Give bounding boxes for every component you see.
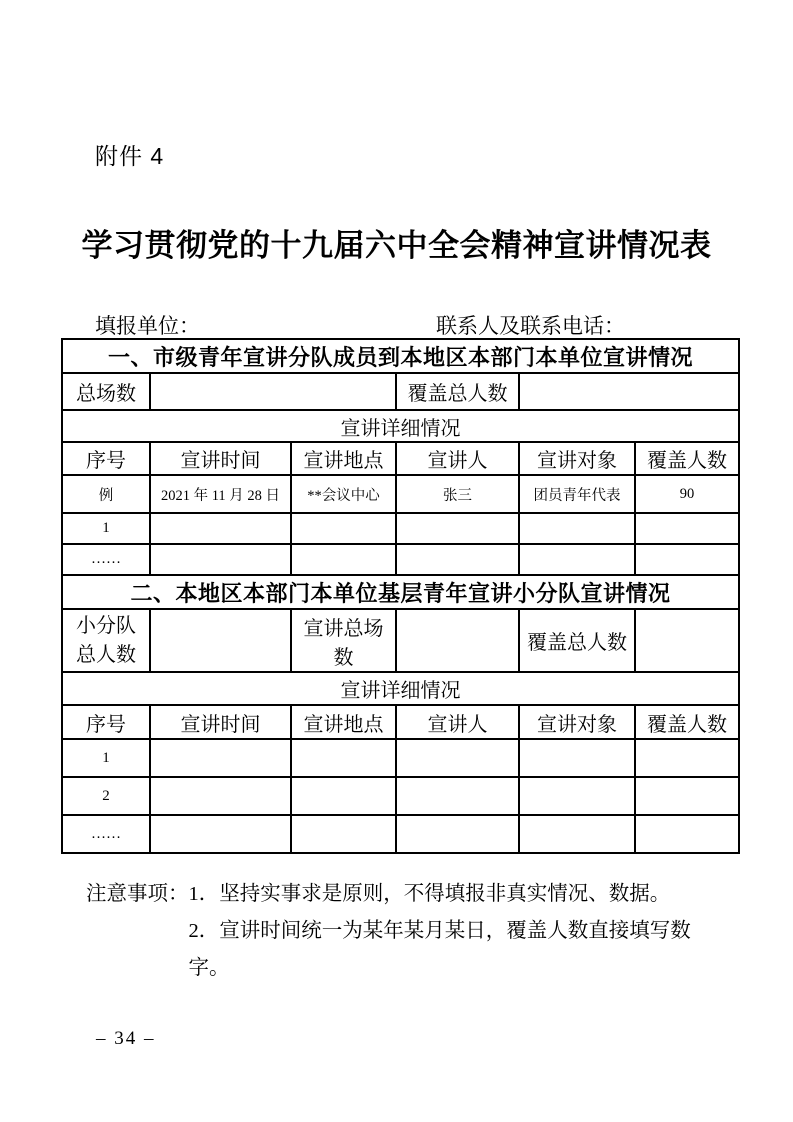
cell-audience <box>519 777 635 815</box>
section1-detail-title-row: 宣讲详细情况 <box>62 410 739 442</box>
col-header-audience: 宣讲对象 <box>519 442 635 475</box>
total-covered-value-cell <box>519 373 739 410</box>
cell-covered <box>635 815 739 853</box>
cell-serial: 2 <box>62 777 150 815</box>
cell-speaker <box>396 544 519 575</box>
notes: 注意事项： 1．坚持实事求是原则，不得填报非真实情况、数据。 2．宣讲时间统一为… <box>86 876 726 987</box>
section1-title: 一、市级青年宣讲分队成员到本地区本部门本单位宣讲情况 <box>62 339 739 373</box>
col-header-audience: 宣讲对象 <box>519 705 635 739</box>
cell-speaker <box>396 513 519 544</box>
team-total-label: 小分队 总人数 <box>62 609 150 672</box>
col-header-speaker: 宣讲人 <box>396 442 519 475</box>
col-header-time: 宣讲时间 <box>150 442 291 475</box>
section1-row-ellipsis: …… <box>62 544 739 575</box>
section2-title-row: 二、本地区本部门本单位基层青年宣讲小分队宣讲情况 <box>62 575 739 609</box>
section1-totals-row: 总场数 覆盖总人数 <box>62 373 739 410</box>
note-item-1: 1．坚持实事求是原则，不得填报非真实情况、数据。 <box>189 876 727 913</box>
cell-audience <box>519 815 635 853</box>
total-covered-label: 覆盖总人数 <box>396 373 519 410</box>
cell-speaker <box>396 777 519 815</box>
cell-covered <box>635 544 739 575</box>
col-header-covered: 覆盖人数 <box>635 442 739 475</box>
cell-time: 2021 年 11 月 28 日 <box>150 475 291 513</box>
team-sessions-value-cell <box>396 609 519 672</box>
cell-audience: 团员青年代表 <box>519 475 635 513</box>
cell-audience <box>519 513 635 544</box>
team-total-value-cell <box>150 609 291 672</box>
section2-detail-title: 宣讲详细情况 <box>62 672 739 705</box>
notes-label: 注意事项： <box>86 876 189 987</box>
cell-serial: 例 <box>62 475 150 513</box>
section2-row-1: 1 <box>62 739 739 777</box>
col-header-place: 宣讲地点 <box>291 442 396 475</box>
cell-time <box>150 544 291 575</box>
total-sessions-value-cell <box>150 373 396 410</box>
cell-time <box>150 815 291 853</box>
total-sessions-label: 总场数 <box>62 373 150 410</box>
cell-place <box>291 739 396 777</box>
col-header-speaker: 宣讲人 <box>396 705 519 739</box>
cell-place <box>291 513 396 544</box>
section1-title-row: 一、市级青年宣讲分队成员到本地区本部门本单位宣讲情况 <box>62 339 739 373</box>
attachment-label: 附件 4 <box>95 138 164 171</box>
cell-place <box>291 544 396 575</box>
notes-items: 1．坚持实事求是原则，不得填报非真实情况、数据。 2．宣讲时间统一为某年某月某日… <box>189 876 727 987</box>
section1-example-row: 例 2021 年 11 月 28 日 **会议中心 张三 团员青年代表 90 <box>62 475 739 513</box>
document-title: 学习贯彻党的十九届六中全会精神宣讲情况表 <box>0 220 793 265</box>
col-header-place: 宣讲地点 <box>291 705 396 739</box>
note-item-2: 2．宣讲时间统一为某年某月某日，覆盖人数直接填写数字。 <box>189 913 727 987</box>
cell-speaker <box>396 815 519 853</box>
cell-time <box>150 513 291 544</box>
page-number: – 34 – <box>96 1028 156 1050</box>
section2-row-2: 2 <box>62 777 739 815</box>
section2-totals-row: 小分队 总人数 宣讲总场数 覆盖总人数 <box>62 609 739 672</box>
document-page: 附件 4 学习贯彻党的十九届六中全会精神宣讲情况表 填报单位： 联系人及联系电话… <box>0 0 793 1122</box>
cell-serial: …… <box>62 815 150 853</box>
cell-place <box>291 777 396 815</box>
cell-serial: 1 <box>62 513 150 544</box>
report-form-table: 一、市级青年宣讲分队成员到本地区本部门本单位宣讲情况 总场数 覆盖总人数 宣讲详… <box>61 338 740 854</box>
section2-header-row: 序号 宣讲时间 宣讲地点 宣讲人 宣讲对象 覆盖人数 <box>62 705 739 739</box>
cell-speaker <box>396 739 519 777</box>
cell-place: **会议中心 <box>291 475 396 513</box>
contact-label: 联系人及联系电话： <box>436 310 625 340</box>
report-unit-label: 填报单位： <box>95 310 200 340</box>
col-header-serial: 序号 <box>62 442 150 475</box>
team-covered-value-cell <box>635 609 739 672</box>
team-sessions-label: 宣讲总场数 <box>291 609 396 672</box>
section1-header-row: 序号 宣讲时间 宣讲地点 宣讲人 宣讲对象 覆盖人数 <box>62 442 739 475</box>
cell-time <box>150 777 291 815</box>
cell-speaker: 张三 <box>396 475 519 513</box>
cell-covered <box>635 777 739 815</box>
col-header-serial: 序号 <box>62 705 150 739</box>
section2-detail-title-row: 宣讲详细情况 <box>62 672 739 705</box>
col-header-time: 宣讲时间 <box>150 705 291 739</box>
cell-serial: …… <box>62 544 150 575</box>
cell-covered <box>635 739 739 777</box>
section2-row-ellipsis: …… <box>62 815 739 853</box>
cell-covered: 90 <box>635 475 739 513</box>
cell-covered <box>635 513 739 544</box>
col-header-covered: 覆盖人数 <box>635 705 739 739</box>
team-covered-label: 覆盖总人数 <box>519 609 635 672</box>
cell-serial: 1 <box>62 739 150 777</box>
cell-place <box>291 815 396 853</box>
cell-audience <box>519 544 635 575</box>
cell-audience <box>519 739 635 777</box>
section1-row-1: 1 <box>62 513 739 544</box>
cell-time <box>150 739 291 777</box>
section2-title: 二、本地区本部门本单位基层青年宣讲小分队宣讲情况 <box>62 575 739 609</box>
section1-detail-title: 宣讲详细情况 <box>62 410 739 442</box>
